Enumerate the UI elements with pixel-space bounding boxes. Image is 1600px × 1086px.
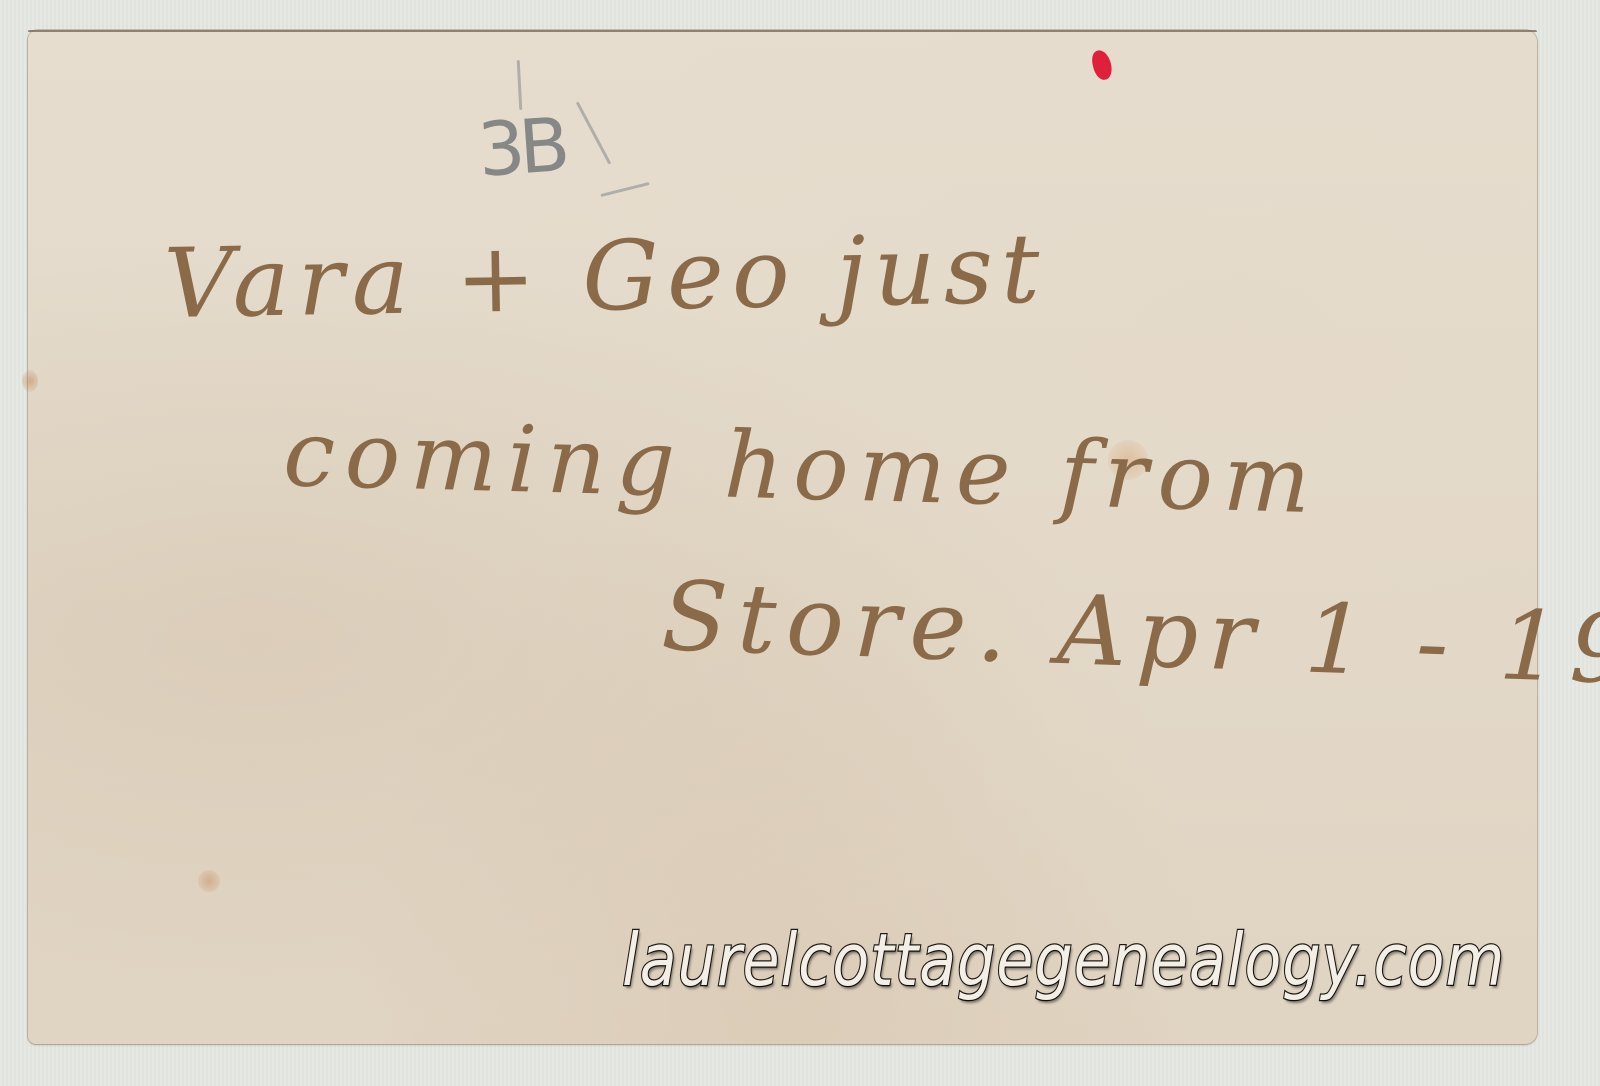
handwriting-line-1: Vara + Geo just <box>163 213 1048 340</box>
pencil-annotation: 3B <box>475 102 567 194</box>
watermark-text: laurelcottagegenealogy.com <box>622 918 1505 1002</box>
handwriting-line-2: coming home from <box>282 400 1322 534</box>
handwriting-line-3: Store. Apr 1 - 1914. <box>660 560 1600 713</box>
